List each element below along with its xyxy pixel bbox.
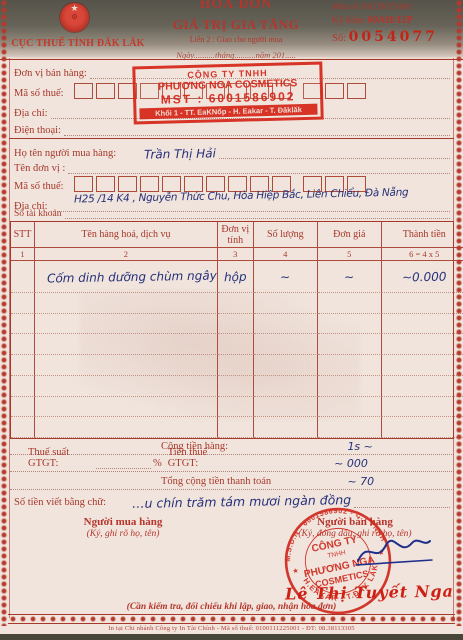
grand-total-handwritten: ~ 70 [347, 475, 374, 488]
empty-cell [11, 355, 35, 376]
tax-code-box [74, 176, 93, 192]
buyer-signature-note: (Ký, ghi rõ họ, tên) [28, 529, 218, 539]
col-header-price: Đơn giá [318, 222, 382, 248]
buyer-unit-row: Tên đơn vị : [14, 159, 450, 174]
empty-cell [318, 355, 382, 376]
invoice-number-value: 0054077 [349, 29, 438, 45]
buyer-name-row: Họ tên người mua hàng: Trần Thị Hải [14, 141, 450, 159]
tax-code-box [96, 83, 115, 99]
right-ornament-border [455, 0, 463, 626]
empty-cell [382, 417, 463, 438]
tax-code-box [347, 83, 366, 99]
col-header-name: Tên hàng hoá, dịch vụ [35, 222, 218, 248]
buyer-signature-block: Người mua hàng (Ký, ghi rõ họ, tên) [28, 516, 218, 539]
empty-cell [35, 314, 218, 335]
col-index-5: 5 [318, 248, 382, 261]
buyer-tax-label: Mã số thuế: [14, 181, 64, 192]
invoice-paper: ★ ⚙ CỤC THUẾ TỈNH ĐĂK LĂK HÓA ĐƠN GIÁ TR… [0, 0, 463, 634]
empty-cell [254, 293, 318, 314]
col-index-6: 6 = 4 x 5 [382, 248, 463, 261]
item-name: Cốm dinh dưỡng chùm ngây [35, 261, 218, 293]
empty-cell [382, 314, 463, 335]
dotted-line [64, 123, 450, 136]
serial-value: 60AH/11P [367, 15, 413, 26]
amount-in-words-label: Số tiền viết bằng chữ: [14, 497, 106, 508]
tax-code-box [162, 176, 181, 192]
tax-code-box [140, 176, 159, 192]
empty-cell [218, 417, 254, 438]
empty-cell [11, 334, 35, 355]
empty-cell [318, 376, 382, 397]
tax-code-box [118, 176, 137, 192]
col-header-qty: Số lượng [254, 222, 318, 248]
empty-cell [254, 314, 318, 335]
col-header-unit: Đơn vị tính [218, 222, 254, 248]
items-table: STT Tên hàng hoá, dịch vụ Đơn vị tính Số… [10, 221, 454, 439]
stamp-star-left-icon: ★ [292, 567, 300, 576]
header-rule [0, 59, 463, 60]
vat-row: Thuế suất GTGT: % Tiền thuế GTGT: ~ 000 [10, 454, 454, 472]
empty-cell [11, 314, 35, 335]
empty-cell [35, 376, 218, 397]
col-index-1: 1 [11, 248, 35, 261]
empty-cell [218, 314, 254, 335]
item-qty-handwritten: ~ [280, 269, 290, 283]
invoice-number-label: Số: [332, 33, 346, 44]
invoice-subtitle: GIÁ TRỊ GIA TĂNG [138, 17, 334, 33]
left-ornament-border [0, 0, 8, 626]
issuer-name: CỤC THUẾ TỈNH ĐĂK LĂK [2, 38, 154, 49]
tax-code-box [74, 83, 93, 99]
dotted-line [96, 457, 151, 469]
buyer-name-label: Họ tên người mua hàng: [14, 148, 116, 159]
section-divider [9, 138, 454, 139]
empty-cell [35, 293, 218, 314]
seller-signer-name: Lê Thị Tuyết Nga [282, 581, 457, 603]
dotted-line [68, 161, 450, 174]
buyer-signature-title: Người mua hàng [28, 516, 218, 528]
seller-signature-ink [352, 533, 436, 575]
empty-cell [35, 417, 218, 438]
item-unit: hộp [218, 261, 254, 293]
serial-label: Ký hiệu: [332, 16, 365, 26]
buyer-unit-label: Tên đơn vị : [14, 163, 65, 174]
left-frame-line [9, 58, 10, 618]
subtotal-handwritten: 1s ~ [347, 440, 372, 453]
invoice-header: ★ ⚙ CỤC THUẾ TỈNH ĐĂK LĂK HÓA ĐƠN GIÁ TR… [0, 0, 463, 59]
empty-cell [254, 355, 318, 376]
dotted-line [65, 206, 451, 219]
empty-cell [218, 376, 254, 397]
empty-cell [35, 355, 218, 376]
col-index-2: 2 [35, 248, 218, 261]
vat-handwritten: ~ 000 [334, 457, 368, 470]
printer-info: In tại Chi nhánh Công ty In Tài Chính - … [0, 625, 463, 632]
tax-code-box [96, 176, 115, 192]
empty-cell [218, 293, 254, 314]
vat-amount-label: Tiền thuế GTGT: [168, 447, 233, 469]
empty-cell [11, 397, 35, 418]
col-index-4: 4 [254, 248, 318, 261]
dotted-line [219, 146, 450, 159]
empty-cell [218, 397, 254, 418]
serial-line: Ký hiệu: 60AH/11P [332, 15, 460, 26]
col-header-amount: Thành tiền [382, 222, 463, 248]
empty-cell [382, 376, 463, 397]
empty-cell [382, 334, 463, 355]
empty-cell [318, 334, 382, 355]
grand-total-row: Tổng cộng tiền thanh toán ~ 70 [10, 471, 454, 490]
empty-cell [382, 293, 463, 314]
empty-cell [35, 334, 218, 355]
item-price-handwritten: ~ [344, 269, 354, 283]
empty-cell [318, 314, 382, 335]
percent-sign: % [153, 458, 162, 469]
cog-icon: ⚙ [60, 14, 89, 21]
empty-cell [35, 397, 218, 418]
amount-in-words-row: Số tiền viết bằng chữ: …u chín trăm tám … [14, 489, 450, 508]
copy-note: Liên 2 : Giao cho người mua [138, 35, 334, 44]
company-rect-stamp: CÔNG TY TNHH PHƯƠNG NGA COSMETICS MST : … [132, 62, 323, 125]
bottom-ornament-border [8, 614, 455, 624]
item-amount-handwritten: ~0.000 [402, 269, 447, 284]
seller-unit-label: Đơn vị bán hàng: [14, 68, 87, 79]
col-index-3: 3 [218, 248, 254, 261]
right-frame-line [453, 58, 454, 618]
empty-cell [218, 334, 254, 355]
account-row: Số tài khoản [14, 207, 450, 219]
empty-cell [382, 355, 463, 376]
empty-cell [218, 355, 254, 376]
empty-cell [318, 417, 382, 438]
item-unit-handwritten: hộp [224, 269, 247, 283]
grand-total-label: Tổng cộng tiền thanh toán [161, 476, 271, 487]
seller-address-label: Địa chỉ: [14, 108, 48, 119]
empty-cell [318, 397, 382, 418]
empty-cell [254, 334, 318, 355]
item-qty: ~ [254, 261, 318, 293]
empty-cell [382, 397, 463, 418]
item-amount: ~0.000 [382, 261, 463, 293]
invoice-title: HÓA ĐƠN [138, 0, 334, 13]
empty-cell [11, 376, 35, 397]
empty-cell [254, 417, 318, 438]
invoice-meta: Mẫu số: 01GTKT3/001 Ký hiệu: 60AH/11P Số… [332, 1, 460, 45]
account-label: Số tài khoản [14, 209, 62, 219]
item-name-handwritten: Cốm dinh dưỡng chùm ngây [47, 268, 217, 285]
item-stt [11, 261, 35, 293]
empty-cell [11, 293, 35, 314]
tax-department-emblem-icon: ★ ⚙ [60, 3, 89, 32]
invoice-photo: ★ ⚙ CỤC THUẾ TỈNH ĐĂK LĂK HÓA ĐƠN GIÁ TR… [0, 0, 463, 640]
item-price: ~ [318, 261, 382, 293]
tax-code-box [184, 176, 203, 192]
seller-tax-label: Mã số thuế: [14, 88, 64, 99]
empty-cell [11, 417, 35, 438]
col-header-stt: STT [11, 222, 35, 248]
form-number: Mẫu số: 01GTKT3/001 [332, 1, 460, 11]
tax-code-box [325, 83, 344, 99]
invoice-number-line: Số: 0054077 [332, 29, 460, 45]
vat-rate-label: Thuế suất GTGT: [28, 447, 94, 469]
empty-cell [254, 397, 318, 418]
vat-line: Thuế suất GTGT: % Tiền thuế GTGT: [28, 447, 232, 469]
seller-phone-label: Điện thoại: [14, 125, 61, 136]
empty-cell [318, 293, 382, 314]
empty-cell [254, 376, 318, 397]
title-block: HÓA ĐƠN GIÁ TRỊ GIA TĂNG Liên 2 : Giao c… [138, 0, 334, 60]
